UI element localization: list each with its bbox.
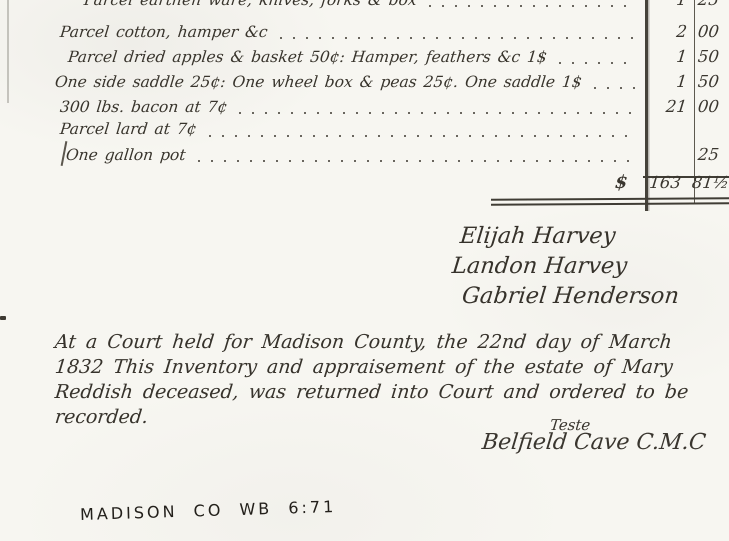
- table-row: Parcel dried apples & basket 50¢: Hamper…: [0, 47, 729, 70]
- item-text: Parcel cotton, hamper &c: [59, 23, 268, 41]
- item-text: 300 lbs. bacon at 7¢: [59, 98, 228, 116]
- dot-leader: [429, 0, 635, 7]
- total-cents: 81½: [687, 173, 729, 192]
- amount-cents: 25: [693, 145, 729, 164]
- court-record-line: 1832 This Inventory and appraisement of …: [54, 356, 674, 378]
- table-row: 300 lbs. bacon at 7¢ 21 00: [0, 97, 729, 120]
- dot-leader: [280, 31, 635, 39]
- table-row: Parcel cotton, hamper &c 2 00: [0, 22, 729, 45]
- clerk-signature: Belfield Cave C.M.C: [481, 430, 707, 455]
- dot-leader: [594, 81, 635, 89]
- amount-dollars: 1: [644, 0, 695, 9]
- dot-leader: [198, 154, 635, 162]
- dot-leader: [239, 106, 635, 114]
- amount-cents: 25: [693, 0, 729, 9]
- appraiser-signatures: Elijah Harvey Landon Harvey Gabriel Hend…: [452, 222, 729, 312]
- court-record-line: At a Court held for Madison County, the …: [54, 331, 673, 353]
- total-row: $ 163 81½: [0, 172, 729, 195]
- signature: Elijah Harvey: [458, 222, 616, 251]
- item-text: Parcel earthen ware, knives, forks & box: [83, 0, 418, 9]
- amount-cents: 00: [693, 22, 729, 41]
- dollar-symbol: $: [614, 172, 629, 193]
- item-text: One gallon pot: [65, 146, 186, 164]
- total-dollars: 163: [638, 173, 689, 192]
- amount-dollars: 1: [644, 47, 695, 66]
- dot-leader: [559, 56, 635, 64]
- signature: Gabriel Henderson: [460, 282, 680, 311]
- amount-cents: 50: [693, 47, 729, 66]
- amount-dollars: 2: [644, 22, 695, 41]
- table-row: Parcel lard at 7¢: [0, 120, 729, 143]
- court-record-line: recorded.: [54, 406, 149, 428]
- amount-cents: 50: [693, 72, 729, 91]
- scan-edge-artifact: [7, 0, 9, 103]
- amount-dollars: 1: [644, 72, 695, 91]
- dot-leader: [209, 129, 635, 137]
- table-row: One gallon pot 25: [0, 145, 729, 168]
- item-text: Parcel dried apples & basket 50¢: Hamper…: [67, 48, 548, 66]
- table-row: One side saddle 25¢: One wheel box & pea…: [0, 72, 729, 95]
- amount-dollars: 21: [644, 97, 695, 116]
- scan-speck-artifact: [0, 316, 6, 320]
- scanned-document-page: Parcel earthen ware, knives, forks & box…: [0, 0, 729, 541]
- table-row: Parcel earthen ware, knives, forks & box…: [0, 0, 729, 13]
- archive-reference-note: MADISON CO WB 6:71: [80, 497, 337, 524]
- item-text: Parcel lard at 7¢: [59, 120, 198, 138]
- signature: Landon Harvey: [450, 252, 628, 281]
- item-text: One side saddle 25¢: One wheel box & pea…: [54, 73, 583, 91]
- total-bottom-double-rule: [491, 202, 729, 205]
- court-record-line: Reddish deceased, was returned into Cour…: [54, 381, 690, 403]
- amount-cents: 00: [693, 97, 729, 116]
